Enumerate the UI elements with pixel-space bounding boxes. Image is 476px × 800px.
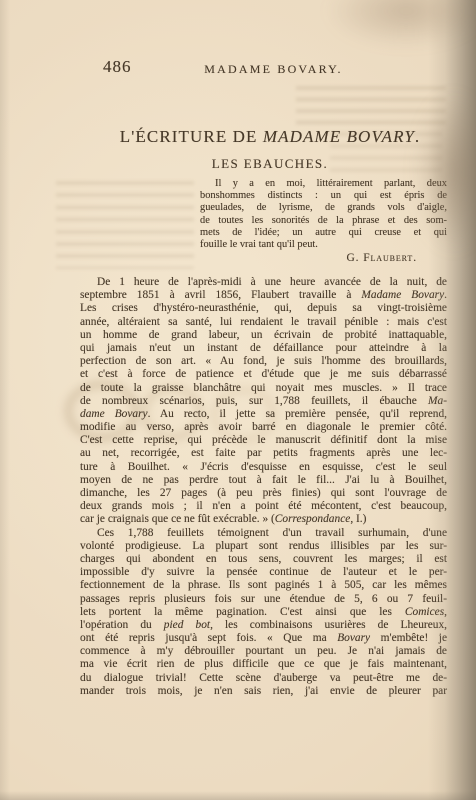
text-line: Il y a en moi, littérairement parlant, d… (200, 178, 447, 190)
text-line: au net, recorrigée, est faite par petits… (80, 447, 447, 460)
text-line: qui jamais n'eut un instant de défaillan… (80, 342, 447, 355)
epigraph: Il y a en moi, littérairement parlant, d… (200, 178, 447, 264)
book-page-scan: 486 MADAME BOVARY. L'ÉCRITURE DE MADAME … (0, 0, 476, 800)
article-subtitle: LES EBAUCHES. (70, 156, 470, 172)
text-line: modifie au verso, après avoir barré en d… (80, 421, 447, 434)
text-line: de toute la graisse blanchâtre qui noyai… (80, 382, 447, 395)
text-line: ma vie écrit rien de plus difficile que … (80, 658, 447, 671)
running-title: MADAME BOVARY. (80, 62, 447, 77)
article-title: L'ÉCRITURE DE MADAME BOVARY. (70, 127, 470, 147)
text-line: impossible d'y suivre la pensée continue… (80, 566, 447, 579)
epigraph-lines: Il y a en moi, littérairement parlant, d… (200, 178, 447, 251)
text-line: charges qui abondent en tous sens, couvr… (80, 553, 447, 566)
text-line: fectionnement de la phrase. Ils sont pag… (80, 579, 447, 592)
text-line: deux grands mois ; il n'en a point été m… (80, 500, 447, 513)
text-line: mander trois mois, je n'en sais rien, j'… (80, 685, 447, 698)
bleed-through-texture (296, 86, 446, 130)
body-text: De 1 heure de l'après-midi à une heure a… (80, 276, 447, 698)
text-line: commence à m'y débrouiller pourtant un p… (80, 645, 447, 658)
text-line: Ces 1,788 feuillets témoignent d'un trav… (80, 527, 447, 540)
paragraph: Ces 1,788 feuillets témoignent d'un trav… (80, 527, 447, 698)
text-line: un homme de grand labeur, un écrivain de… (80, 329, 447, 342)
text-line: moyen de ne pas perdre tout à fait le fi… (80, 474, 447, 487)
text-line: C'est cette reprise, qui précède le manu… (80, 434, 447, 447)
epigraph-signature: G. Flaubert. (200, 252, 447, 264)
text-line: ont été repris jusqu'à sept fois. « Que … (80, 632, 447, 645)
text-line: de nombreux scénarios, puis, sur 1,788 f… (80, 395, 447, 408)
page-bottom-edge (0, 791, 476, 800)
text-line: de toutes les sonorités de la phrase et … (200, 215, 447, 227)
text-line: l'opération du pied bot, les combinaison… (80, 619, 447, 632)
text-line: dame Bovary. Au recto, il jette sa premi… (80, 408, 447, 421)
text-line: année, altéraient sa santé, lui rendaien… (80, 316, 447, 329)
text-line: septembre 1851 à avril 1856, Flaubert tr… (80, 289, 447, 302)
text-line: De 1 heure de l'après-midi à une heure a… (80, 276, 447, 289)
text-line: gueulades, de lyrisme, de grands vols d'… (200, 202, 447, 214)
smudge (326, 0, 476, 48)
text-line: fouille le vrai tant qu'il peut. (200, 239, 447, 251)
text-line: dimanche, les 27 pages (à peu près finie… (80, 487, 447, 500)
text-line: perfection de son art. « Au fond, je sui… (80, 355, 447, 368)
bleed-through-texture (56, 181, 194, 269)
text-line: du dialogue trivial! Cette scène d'auber… (80, 672, 447, 685)
text-line: passages repris plusieurs fois sur une é… (80, 593, 447, 606)
page-left-edge (0, 0, 10, 800)
text-line: ture à Bouilhet. « J'écris d'esquisse en… (80, 461, 447, 474)
page-header: 486 MADAME BOVARY. (80, 57, 447, 81)
text-line: lets portent la même pagination. C'est a… (80, 606, 447, 619)
text-line: car je craignais que ce ne fût exécrable… (80, 513, 447, 526)
text-line: mets de l'idée; un autre qui creuse et q… (200, 227, 447, 239)
text-line: bonshommes distincts : un qui est épris … (200, 190, 447, 202)
text-line: et c'est à force de patience et d'étude … (80, 368, 447, 381)
text-line: volonté prodigieuse. La plupart sont ren… (80, 540, 447, 553)
text-line: Les crises d'hystéro-neurasthénie, qui, … (80, 302, 447, 315)
paragraph: De 1 heure de l'après-midi à une heure a… (80, 276, 447, 527)
